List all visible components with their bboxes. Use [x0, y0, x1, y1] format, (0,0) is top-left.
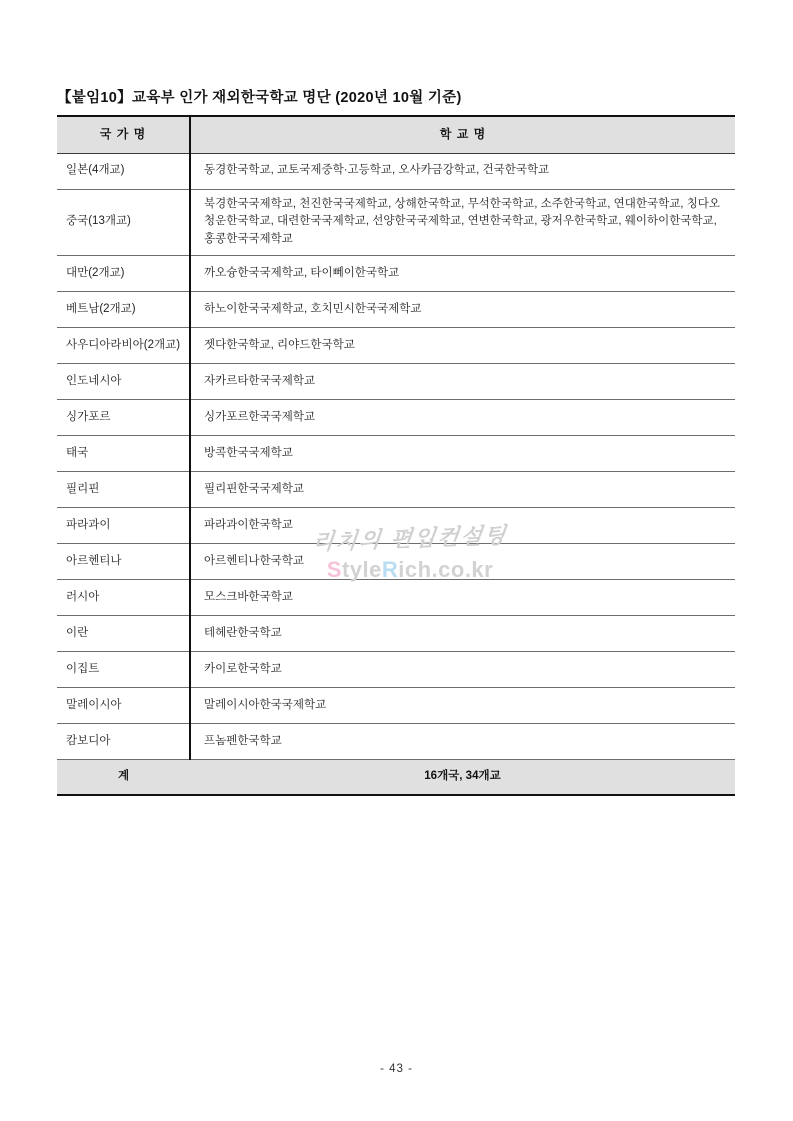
country-cell: 캄보디아 — [57, 723, 190, 759]
school-cell: 아르헨티나한국학교 — [190, 543, 735, 579]
country-cell: 이란 — [57, 615, 190, 651]
table-row: 베트남(2개교) 하노이한국국제학교, 호치민시한국국제학교 — [57, 291, 735, 327]
table-row: 중국(13개교) 북경한국국제학교, 천진한국국제학교, 상해한국학교, 무석한… — [57, 189, 735, 255]
table-row: 필리핀 필리핀한국국제학교 — [57, 471, 735, 507]
country-cell: 일본(4개교) — [57, 153, 190, 189]
table-row: 말레이시아 말레이시아한국국제학교 — [57, 687, 735, 723]
country-cell: 이집트 — [57, 651, 190, 687]
school-cell: 까오슝한국국제학교, 타이뻬이한국학교 — [190, 255, 735, 291]
table-header-row: 국 가 명 학 교 명 — [57, 116, 735, 153]
table-row: 대만(2개교) 까오슝한국국제학교, 타이뻬이한국학교 — [57, 255, 735, 291]
school-cell: 동경한국학교, 교토국제중학·고등학교, 오사카금강학교, 건국한국학교 — [190, 153, 735, 189]
page-title: 【붙임10】교육부 인가 재외한국학교 명단 (2020년 10월 기준) — [57, 86, 462, 107]
table-row: 아르헨티나 아르헨티나한국학교 — [57, 543, 735, 579]
table-row: 이란 테헤란한국학교 — [57, 615, 735, 651]
table-row: 사우디아라비아(2개교) 젯다한국학교, 리야드한국학교 — [57, 327, 735, 363]
table-row: 태국 방콕한국국제학교 — [57, 435, 735, 471]
school-cell: 젯다한국학교, 리야드한국학교 — [190, 327, 735, 363]
country-cell: 인도네시아 — [57, 363, 190, 399]
table-row: 인도네시아 자카르타한국국제학교 — [57, 363, 735, 399]
country-cell: 베트남(2개교) — [57, 291, 190, 327]
table-row: 캄보디아 프놈펜한국학교 — [57, 723, 735, 759]
country-cell: 태국 — [57, 435, 190, 471]
schools-table: 국 가 명 학 교 명 일본(4개교) 동경한국학교, 교토국제중학·고등학교,… — [57, 115, 735, 796]
country-cell: 필리핀 — [57, 471, 190, 507]
school-cell: 방콕한국국제학교 — [190, 435, 735, 471]
header-country: 국 가 명 — [57, 116, 190, 153]
table-row: 러시아 모스크바한국학교 — [57, 579, 735, 615]
country-cell: 싱가포르 — [57, 399, 190, 435]
school-cell: 필리핀한국국제학교 — [190, 471, 735, 507]
country-cell: 대만(2개교) — [57, 255, 190, 291]
footer-total-label: 계 — [57, 759, 190, 795]
school-cell: 싱가포르한국국제학교 — [190, 399, 735, 435]
school-cell: 북경한국국제학교, 천진한국국제학교, 상해한국학교, 무석한국학교, 소주한국… — [190, 189, 735, 255]
document-page: { "page": { "title": "【붙임10】교육부 인가 재외한국학… — [0, 0, 793, 1121]
table-row: 파라과이 파라과이한국학교 — [57, 507, 735, 543]
table-row: 일본(4개교) 동경한국학교, 교토국제중학·고등학교, 오사카금강학교, 건국… — [57, 153, 735, 189]
table-footer-row: 계 16개국, 34개교 — [57, 759, 735, 795]
footer-total-value: 16개국, 34개교 — [190, 759, 735, 795]
country-cell: 말레이시아 — [57, 687, 190, 723]
country-cell: 파라과이 — [57, 507, 190, 543]
table-row: 싱가포르 싱가포르한국국제학교 — [57, 399, 735, 435]
country-cell: 중국(13개교) — [57, 189, 190, 255]
country-cell: 사우디아라비아(2개교) — [57, 327, 190, 363]
school-cell: 하노이한국국제학교, 호치민시한국국제학교 — [190, 291, 735, 327]
page-number: - 43 - — [0, 1063, 793, 1075]
school-cell: 테헤란한국학교 — [190, 615, 735, 651]
header-school: 학 교 명 — [190, 116, 735, 153]
school-cell: 자카르타한국국제학교 — [190, 363, 735, 399]
school-cell: 모스크바한국학교 — [190, 579, 735, 615]
country-cell: 러시아 — [57, 579, 190, 615]
school-cell: 파라과이한국학교 — [190, 507, 735, 543]
school-cell: 카이로한국학교 — [190, 651, 735, 687]
school-cell: 말레이시아한국국제학교 — [190, 687, 735, 723]
country-cell: 아르헨티나 — [57, 543, 190, 579]
table-row: 이집트 카이로한국학교 — [57, 651, 735, 687]
school-cell: 프놈펜한국학교 — [190, 723, 735, 759]
